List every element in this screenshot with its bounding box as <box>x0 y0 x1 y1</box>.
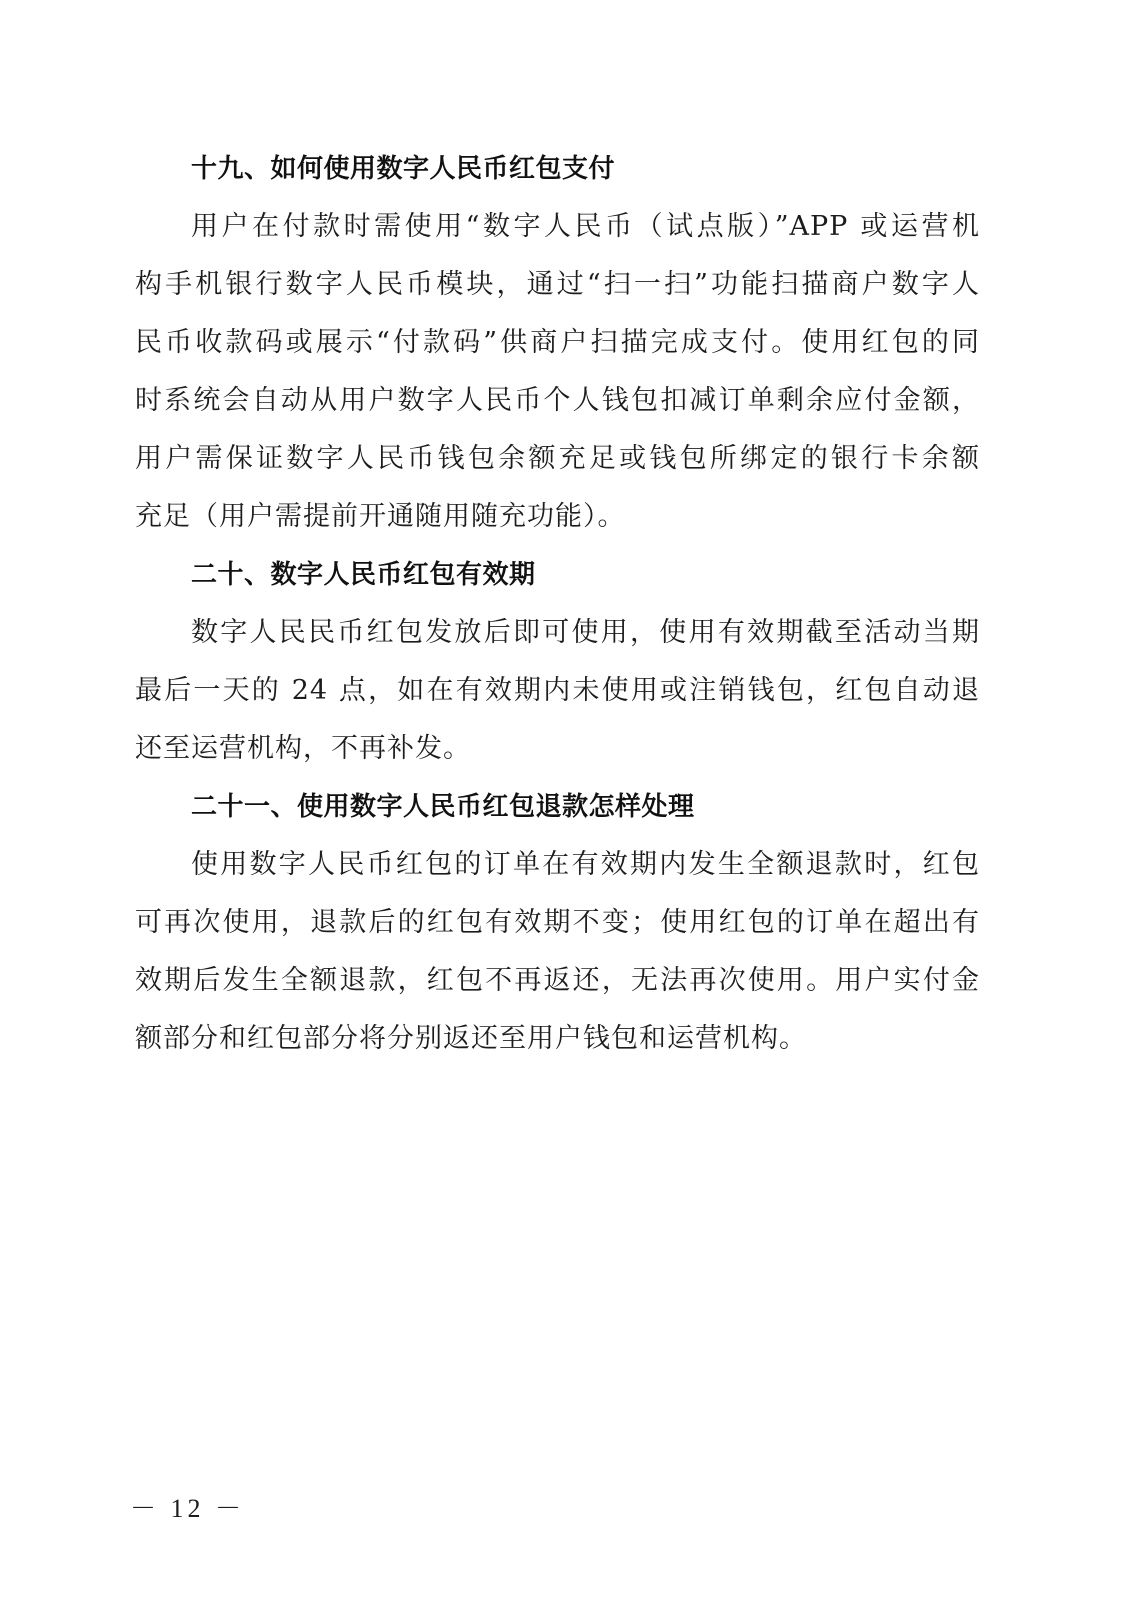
paragraph-line: 效期后发生全额退款，红包不再返还，无法再次使用。用户实付金 <box>135 952 980 1010</box>
section-paragraph-21: 使用数字人民币红包的订单在有效期内发生全额退款时，红包 可再次使用，退款后的红包… <box>135 836 980 1068</box>
paragraph-line: 民币收款码或展示“付款码”供商户扫描完成支付。使用红包的同 <box>135 314 980 372</box>
paragraph-line: 充足（用户需提前开通随用随充功能）。 <box>135 488 980 546</box>
paragraph-line: 使用数字人民币红包的订单在有效期内发生全额退款时，红包 <box>135 836 980 894</box>
paragraph-line: 可再次使用，退款后的红包有效期不变；使用红包的订单在超出有 <box>135 894 980 952</box>
paragraph-line: 数字人民民币红包发放后即可使用，使用有效期截至活动当期 <box>135 604 980 662</box>
paragraph-line: 用户需保证数字人民币钱包余额充足或钱包所绑定的银行卡余额 <box>135 430 980 488</box>
paragraph-line: 最后一天的 24 点，如在有效期内未使用或注销钱包，红包自动退 <box>135 662 980 720</box>
paragraph-line: 构手机银行数字人民币模块，通过“扫一扫”功能扫描商户数字人 <box>135 256 980 314</box>
section-heading-20: 二十、数字人民币红包有效期 <box>135 546 980 604</box>
paragraph-line: 用户在付款时需使用“数字人民币（试点版）”APP 或运营机 <box>135 198 980 256</box>
document-page: 十九、如何使用数字人民币红包支付 用户在付款时需使用“数字人民币（试点版）”AP… <box>0 0 1131 1600</box>
paragraph-line: 还至运营机构，不再补发。 <box>135 720 980 778</box>
section-paragraph-20: 数字人民民币红包发放后即可使用，使用有效期截至活动当期 最后一天的 24 点，如… <box>135 604 980 778</box>
document-body: 十九、如何使用数字人民币红包支付 用户在付款时需使用“数字人民币（试点版）”AP… <box>135 140 980 1068</box>
paragraph-line: 额部分和红包部分将分别返还至用户钱包和运营机构。 <box>135 1010 980 1068</box>
paragraph-line: 时系统会自动从用户数字人民币个人钱包扣减订单剩余应付金额， <box>135 372 980 430</box>
section-paragraph-19: 用户在付款时需使用“数字人民币（试点版）”APP 或运营机 构手机银行数字人民币… <box>135 198 980 546</box>
section-heading-19: 十九、如何使用数字人民币红包支付 <box>135 140 980 198</box>
section-heading-21: 二十一、使用数字人民币红包退款怎样处理 <box>135 778 980 836</box>
page-number: － 12 － <box>130 1488 245 1525</box>
